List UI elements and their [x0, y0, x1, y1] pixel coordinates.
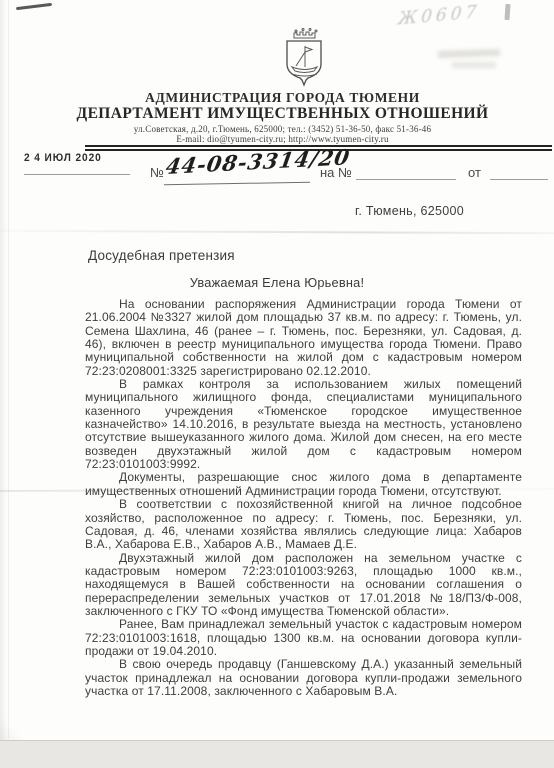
paragraph-previous-plot: Ранее, Вам принадлежал земельный участок… — [85, 618, 522, 658]
page-corner-shadow — [0, 700, 26, 740]
paragraph-no-demolition-documents: Документы, разрешающие снос жилого дома … — [85, 471, 522, 498]
reply-date-label: от — [468, 165, 481, 180]
paragraph-household-members: В соответствии с похозяйственной книгой … — [85, 498, 522, 551]
scanned-letter-page: Ж0607 АДМИНИСТРАЦИЯ ГОРОДА ТЮМЕНИ ДЕПАРТ… — [0, 0, 554, 768]
letter-body: На основании распоряжения Администрации … — [85, 298, 522, 698]
paragraph-inspection-findings: В рамках контроля за использованием жилы… — [85, 378, 522, 471]
letterhead-contacts: E-mail: dio@tyumen-city.ru; http://www.t… — [0, 134, 554, 144]
pen-mark — [16, 3, 52, 10]
organization-name: АДМИНИСТРАЦИЯ ГОРОДА ТЮМЕНИ — [0, 90, 554, 106]
handwritten-note: Ж0607 — [397, 2, 481, 29]
tyumen-coat-of-arms-icon — [272, 26, 336, 93]
department-name: ДЕПАРТАМЕНТ ИМУЩЕСТВЕННЫХ ОТНОШЕНИЙ — [0, 105, 554, 123]
ink-bleed-smudge — [452, 62, 496, 68]
paragraph-basis-of-registration: На основании распоряжения Администрации … — [85, 298, 522, 378]
date-blank-line — [24, 174, 130, 175]
paragraph-land-plot-ownership: Двухэтажный жилой дом расположен на земе… — [85, 552, 522, 619]
addressee-city: г. Тюмень, 625000 — [355, 204, 464, 218]
paper-crease — [0, 230, 554, 234]
outgoing-number-line — [164, 182, 310, 186]
reply-number-label: на № — [320, 165, 352, 180]
ink-bleed-smudge — [438, 49, 500, 58]
outgoing-number-label: № — [150, 165, 164, 180]
scanner-background — [0, 740, 554, 768]
reply-date-blank-line — [490, 179, 548, 180]
salutation: Уважаемая Елена Юрьевна! — [0, 275, 554, 290]
document-type-title: Досудебная претензия — [88, 248, 235, 263]
incoming-date-stamp: 2 4 ИЮЛ 2020 — [24, 152, 102, 164]
reply-number-blank-line — [356, 179, 456, 180]
scan-smudge — [504, 4, 510, 20]
paragraph-seller-history: В свою очередь продавцу (Ганшевскому Д.А… — [85, 658, 522, 698]
letterhead-address: ул.Советская, д.20, г.Тюмень, 625000; те… — [0, 124, 554, 134]
